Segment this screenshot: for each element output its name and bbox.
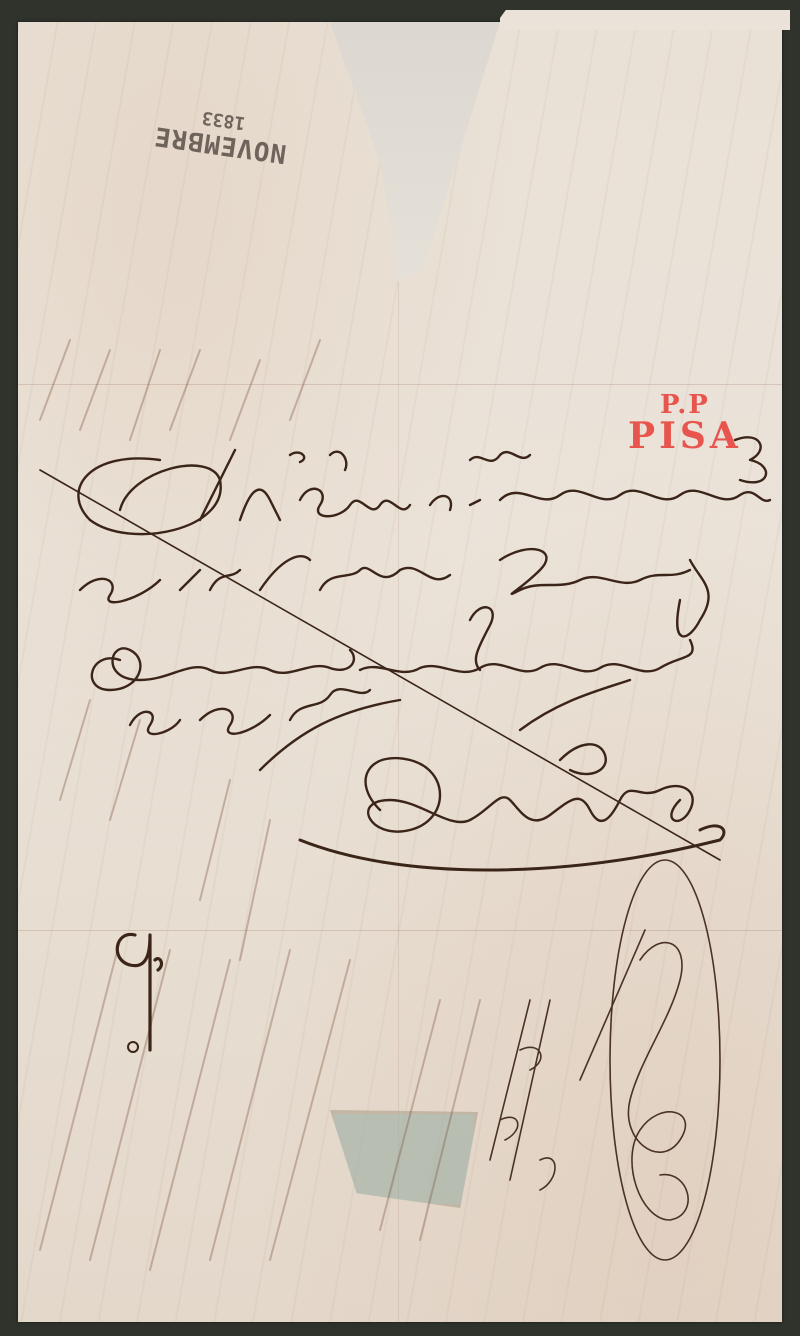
pisa-postmark: P.P PISA [628, 392, 742, 454]
handwriting-ink [0, 0, 800, 1336]
